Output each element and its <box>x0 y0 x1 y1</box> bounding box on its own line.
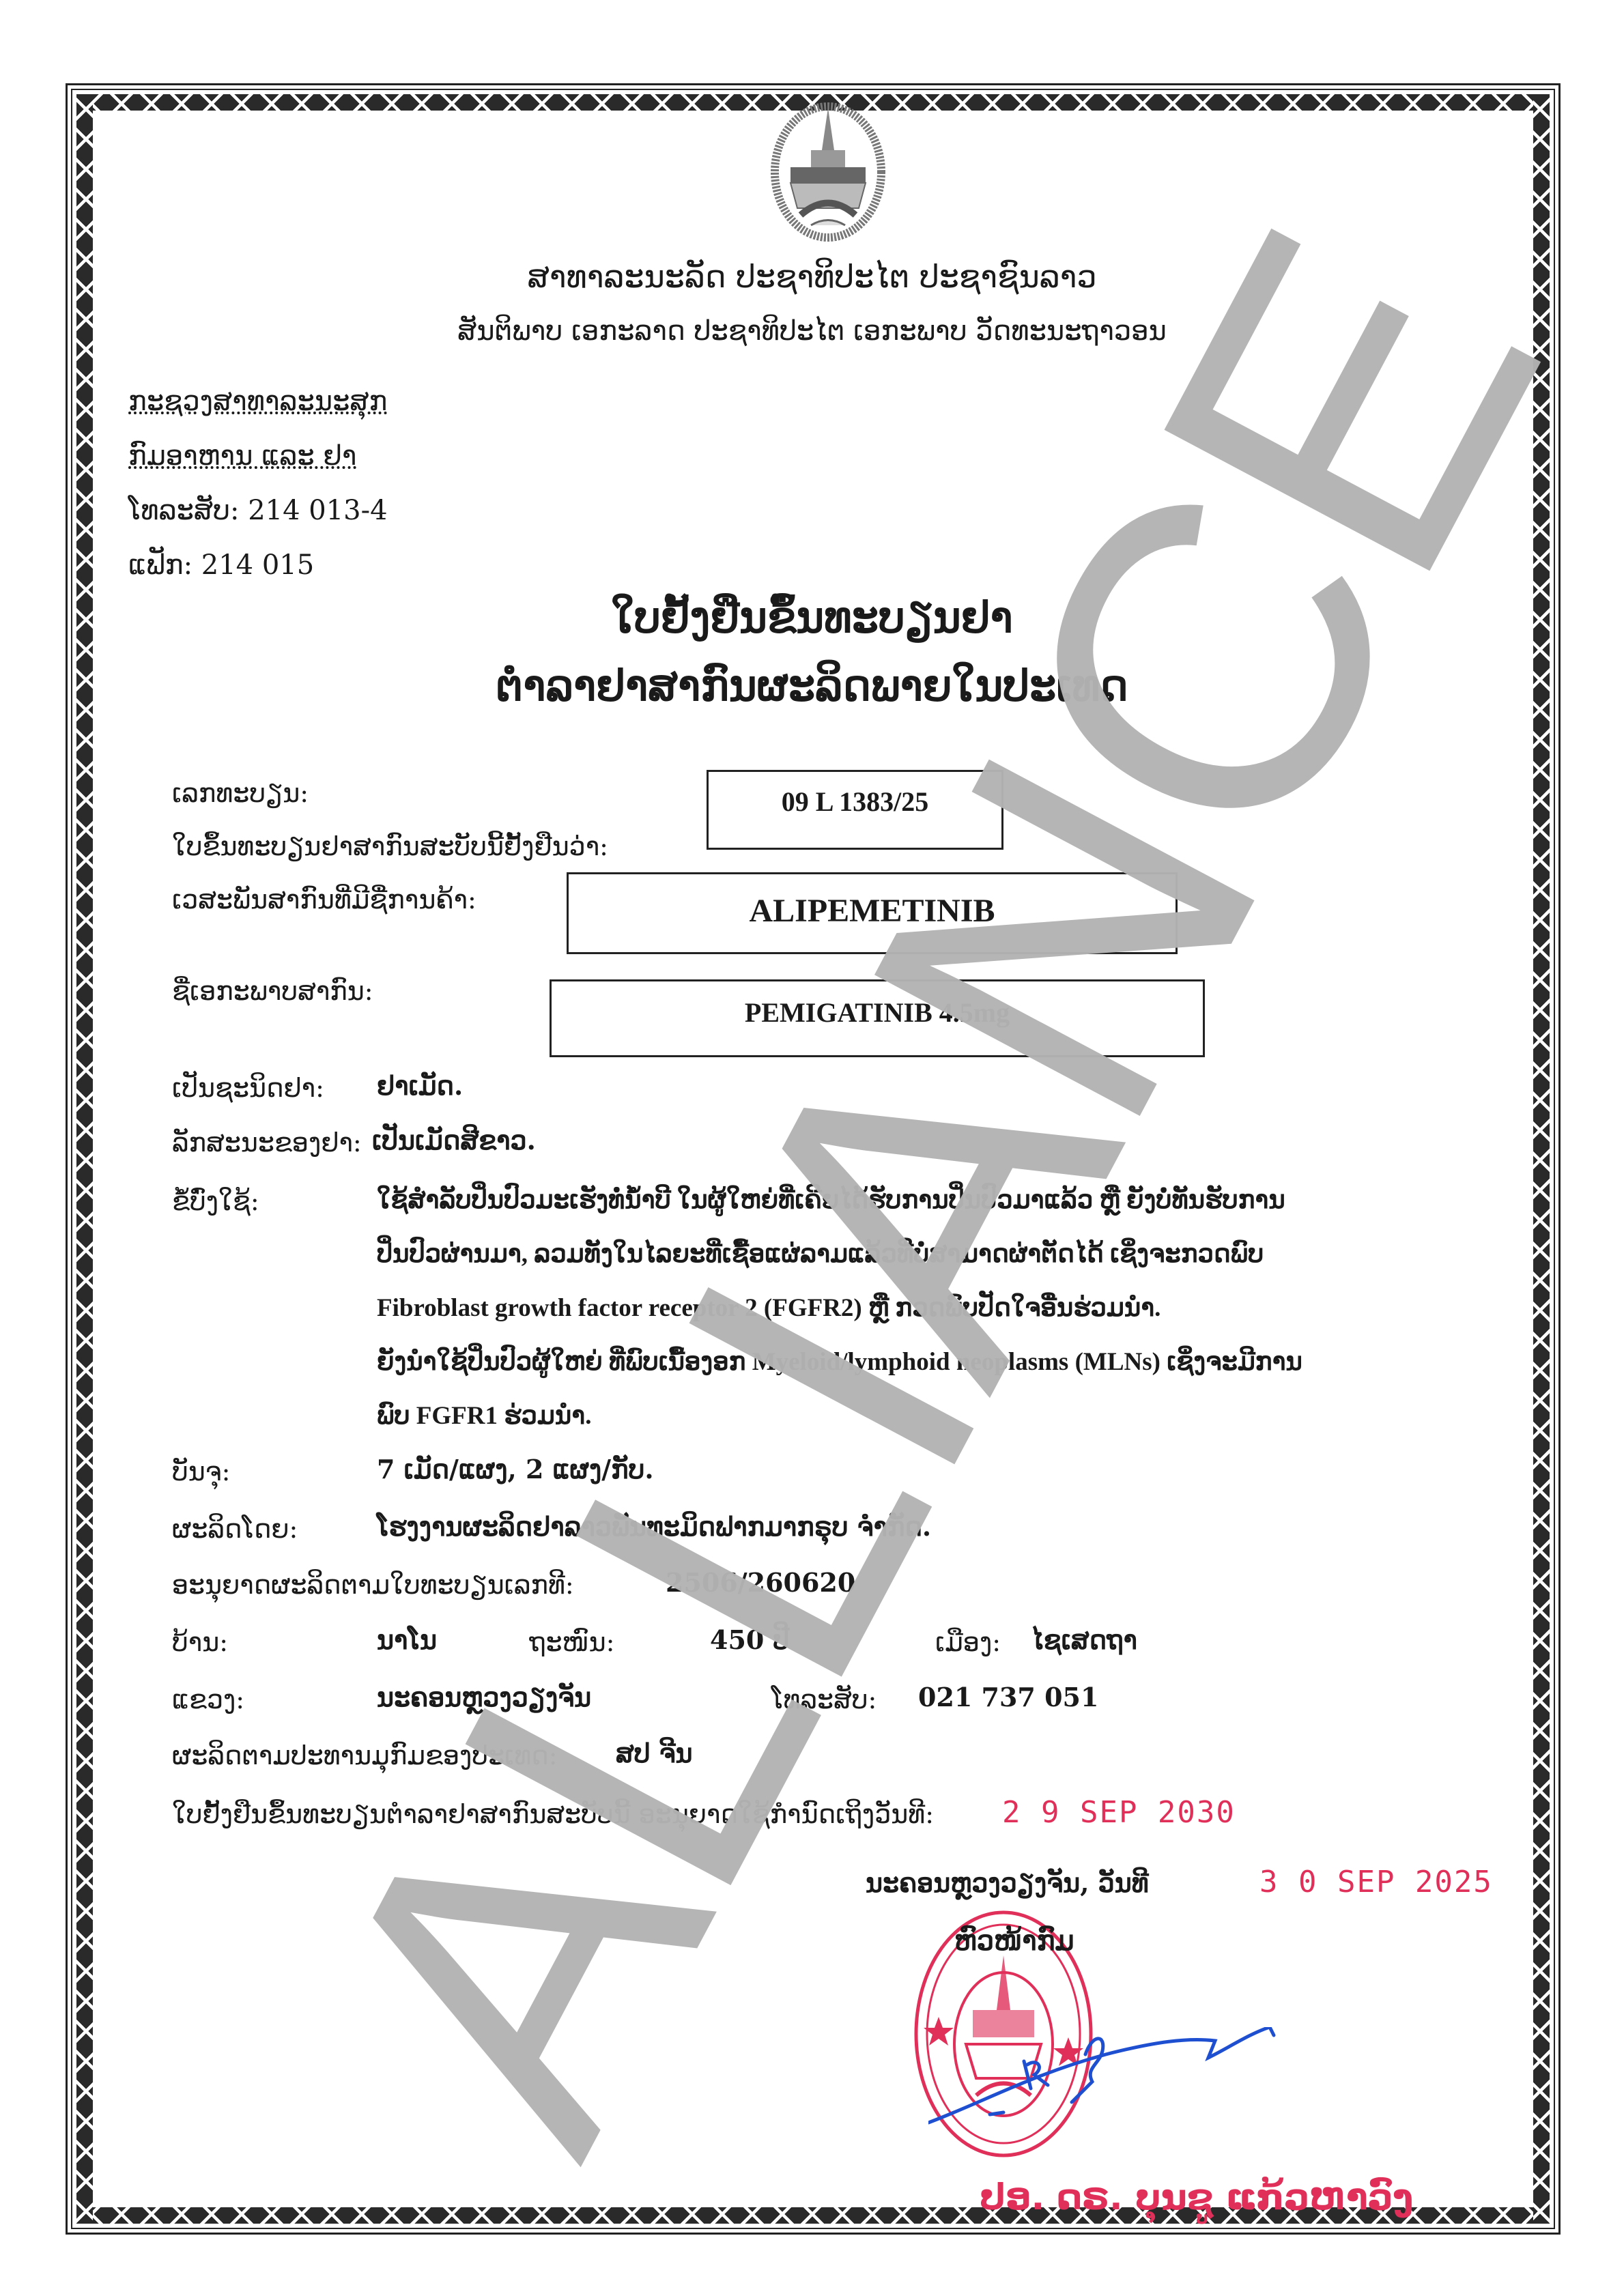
appearance-label: ລັກສະນະຂອງຢາ: <box>172 1128 362 1158</box>
republic-name: ສາທາລະນະລັດ ປະຊາທິປະໄຕ ປະຊາຊົນລາວ <box>0 258 1624 295</box>
generic-label: ຊື່ເອກະພາບສາກົນ: <box>172 976 373 1006</box>
reg-no-value: 09 L 1383/25 <box>782 786 929 818</box>
validity-label: ໃບຢັ້ງຢືນຂຶ້ນທະບຽນຕຳລາຢາສາກົນສະບັບນີ້ ອະ… <box>172 1799 934 1829</box>
brand-label: ເວສະພັນສາກົນທີ່ມີຊື່ການຄ້າ: <box>172 885 476 915</box>
lao-national-emblem-icon <box>763 96 893 246</box>
signatory-position: ຫົວໜ້າກົມ <box>954 1925 1074 1957</box>
brand-value: ALIPEMETINIB <box>749 892 995 930</box>
generic-name-box: PEMIGATINIB 4.5mg <box>550 979 1205 1057</box>
tel-label: ໂທລະສັບ: <box>771 1684 877 1714</box>
tel-value: 021 737 051 <box>918 1682 1098 1712</box>
validity-date-stamp: 2 9 SEP 2030 <box>1002 1795 1236 1830</box>
origin-label: ຜະລິດຕາມປະທານມຸກົມຂອງປະເທດ: <box>172 1740 558 1770</box>
certificate-subtitle: ຕຳລາຢາສາກົນຜະລິດພາຍໃນປະເທດ <box>0 661 1624 711</box>
indication-line: ໃຊ້ສຳລັບປິ່ນປົວມະເຮັງທໍ່ນ້ຳບີ ໃນຜູ້ໃຫຍ່ທ… <box>377 1185 1285 1215</box>
packaging-label: ບັນຈຸ: <box>172 1456 230 1487</box>
reg-no-label: ເລກທະບຽນ: <box>172 778 309 808</box>
packaging-value: 7 ເມັດ/ແຜງ, 2 ແຜງ/ກັບ. <box>377 1454 654 1484</box>
issue-date-stamp: 3 0 SEP 2025 <box>1259 1865 1493 1899</box>
certificate-title: ໃບຢັ້ງຢືນຂຶ້ນທະບຽນຢາ <box>0 592 1624 642</box>
border-pattern-left <box>76 94 93 2224</box>
indication-line: ຍັງນຳໃຊ້ປິ່ນປົວຜູ້ໃຫຍ່ ທີ່ພົບເນື້ອງອກ My… <box>377 1347 1302 1377</box>
issuer-block: ກະຊວງສາທາລະນະສຸກ ກົມອາຫານ ແລະ ຢາ ໂທລະສັບ… <box>128 374 388 592</box>
province-value: ນະຄອນຫຼວງວຽງຈັນ <box>377 1682 591 1712</box>
national-motto: ສັນຕິພາບ ເອກະລາດ ປະຊາທິປະໄຕ ເອກະພາບ ວັດທ… <box>0 315 1624 347</box>
road-label: ຖະໜົນ: <box>529 1627 614 1657</box>
indication-label: ຂໍ້ບົ່ງໃຊ້: <box>172 1186 259 1216</box>
district-value: ໄຊເສດຖາ <box>1031 1624 1137 1655</box>
handwritten-signature-icon <box>928 2027 1365 2136</box>
issuer-fax: ແຟັກ: 214 015 <box>128 538 388 592</box>
place-date-label: ນະຄອນຫຼວງວຽງຈັນ, ວັນທີ <box>866 1867 1149 1898</box>
license-label: ອະນຸຍາດຜະລິດຕາມໃບທະບຽນເລກທີ: <box>172 1570 574 1600</box>
license-value: 2506/260620 <box>666 1567 855 1598</box>
indication-line: ປິ່ນປົວຜ່ານມາ, ລວມທັງໃນໄລຍະທີ່ເຊື້ອແຜ່ລາ… <box>377 1239 1264 1269</box>
manufacturer-label: ຜະລິດໂດຍ: <box>172 1514 298 1544</box>
issuer-phone: ໂທລະສັບ: 214 013-4 <box>128 483 388 538</box>
form-value: ຢາເມັດ. <box>377 1070 463 1101</box>
origin-value: ສປ ຈີນ <box>616 1738 693 1768</box>
brand-name-box: ALIPEMETINIB <box>567 872 1178 954</box>
form-label: ເປັນຊະນິດຢາ: <box>172 1073 324 1103</box>
province-label: ແຂວງ: <box>172 1684 244 1714</box>
road-value: 450 ປີ <box>710 1624 789 1655</box>
certify-label: ໃບຂຶ້ນທະບຽນຢາສາກົນສະບັບນີ້ຢັ້ງຢືນວ່າ: <box>172 831 608 861</box>
manufacturer-value: ໂຮງງານຜະລິດຢາລາວພັນທະມິດຟາກມາກຣຸບ ຈຳກັດ. <box>377 1511 931 1542</box>
village-label: ບ້ານ: <box>172 1627 228 1657</box>
signer-name-stamp: ປອ. ດຣ. ບຸນຊູ ແກ້ວຫາວົງ <box>980 2177 1413 2218</box>
indication-line: ພົບ FGFR1 ຮ່ວມນຳ. <box>377 1401 591 1431</box>
district-label: ເມືອງ: <box>935 1627 1001 1657</box>
reg-no-box: 09 L 1383/25 <box>707 770 1003 850</box>
appearance-value: ເປັນເມັດສີຂາວ. <box>372 1125 536 1156</box>
generic-value: PEMIGATINIB 4.5mg <box>745 996 1010 1029</box>
ministry-name: ກະຊວງສາທາລະນະສຸກ <box>128 374 388 429</box>
village-value: ນາໂນ <box>377 1624 437 1655</box>
indication-line: Fibroblast growth factor receptor 2 (FGF… <box>377 1293 1160 1323</box>
department-name: ກົມອາຫານ ແລະ ຢາ <box>128 429 388 483</box>
border-pattern-right <box>1533 94 1550 2224</box>
